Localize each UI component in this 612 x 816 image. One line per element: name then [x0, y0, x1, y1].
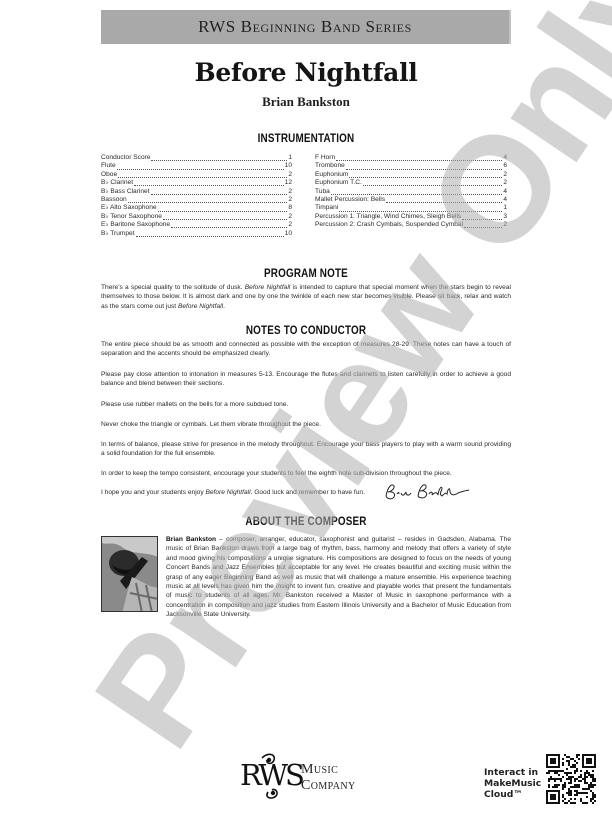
instrument-row: Euphonium T.C.2 [315, 179, 507, 187]
instrument-row: Trombone6 [315, 162, 507, 170]
leader-dots [331, 189, 503, 195]
part-count: 1 [503, 204, 507, 212]
instrument-name: Conductor Score [101, 154, 150, 162]
conductor-note-4: Never choke the triangle or cymbals. Let… [101, 420, 511, 429]
leader-dots [118, 172, 287, 178]
part-count: 2 [288, 221, 292, 229]
leader-dots [346, 164, 503, 170]
leader-dots [136, 231, 284, 237]
instrument-row: B♭ Clarinet12 [101, 179, 292, 187]
instrument-name: Trombone [315, 162, 345, 170]
instrument-row: Mallet Percussion: Bells4 [315, 196, 507, 204]
instrument-row: Percussion 1: Triangle, Wind Chimes, Sle… [315, 213, 507, 221]
part-count: 2 [288, 196, 292, 204]
part-count: 1 [288, 154, 292, 162]
instrument-row: B♭ Tenor Saxophone2 [101, 213, 292, 221]
series-banner: RWS Beginning Band Series [101, 10, 511, 44]
leader-dots [151, 189, 288, 195]
part-count: 2 [288, 171, 292, 179]
conductor-note-2: Please pay close attention to intonation… [101, 370, 511, 389]
logo-mark: RWS [240, 758, 302, 792]
leader-dots [363, 180, 503, 186]
logo-text-music: Music [301, 762, 338, 778]
part-count: 4 [503, 196, 507, 204]
instrumentation-list-left: Conductor Score1Flute10Oboe2B♭ Clarinet1… [101, 154, 292, 238]
part-count: 2 [503, 171, 507, 179]
score-page: RWS Beginning Band Series Before Nightfa… [0, 0, 612, 816]
instrument-name: B♭ Trumpet [101, 230, 135, 238]
part-count: 2 [288, 188, 292, 196]
leader-dots [171, 222, 287, 228]
leader-dots [134, 180, 284, 186]
instrument-row: Percussion 2: Crash Cymbals, Suspended C… [315, 221, 507, 229]
program-note-text: There's a special quality to the solitud… [101, 283, 511, 311]
instrument-name: Euphonium T.C. [315, 179, 362, 187]
part-count: 3 [503, 213, 507, 221]
instrument-row: B♭ Trumpet10 [101, 230, 292, 238]
part-count: 4 [503, 188, 507, 196]
leader-dots [462, 214, 502, 220]
leader-dots [163, 214, 287, 220]
instrument-row: Euphonium2 [315, 171, 507, 179]
instrumentation-heading: INSTRUMENTATION [43, 133, 569, 145]
instrument-name: Timpani [315, 204, 338, 212]
conductor-note-3: Please use rubber mallets on the bells f… [101, 400, 511, 409]
part-count: 8 [288, 204, 292, 212]
instrument-name: Mallet Percussion: Bells [315, 196, 385, 204]
leader-dots [349, 172, 502, 178]
instrument-row: Timpani1 [315, 204, 507, 212]
about-composer-heading: ABOUT THE COMPOSER [43, 516, 569, 528]
instrument-row: Conductor Score1 [101, 154, 292, 162]
leader-dots [158, 206, 288, 212]
part-count: 12 [285, 179, 292, 187]
leader-dots [117, 164, 284, 170]
conductor-note-5: In terms of balance, please strive for p… [101, 440, 511, 459]
instrument-name: Percussion 1: Triangle, Wind Chimes, Sle… [315, 213, 461, 221]
logo-text-company: Company [301, 778, 356, 794]
conductor-note-1: The entire piece should be as smooth and… [101, 340, 511, 359]
part-count: 2 [503, 179, 507, 187]
leader-dots [336, 155, 502, 161]
conductor-note-6: In order to keep the tempo consistent, e… [101, 469, 511, 478]
part-count: 10 [285, 162, 292, 170]
instrument-name: B♭ Clarinet [101, 179, 133, 187]
leader-dots [386, 197, 502, 203]
instrument-name: B♭ Bass Clarinet [101, 188, 150, 196]
instrument-row: F Horn4 [315, 154, 507, 162]
part-count: 2 [503, 221, 507, 229]
instrument-row: E♭ Baritone Saxophone2 [101, 221, 292, 229]
composer-name: Brian Bankston [0, 94, 612, 110]
series-title: RWS Beginning Band Series [198, 17, 412, 37]
instrument-name: Tuba [315, 188, 330, 196]
part-count: 10 [285, 230, 292, 238]
instrument-name: E♭ Baritone Saxophone [101, 221, 170, 229]
part-count: 4 [503, 154, 507, 162]
conductor-closing: I hope you and your students enjoy Befor… [101, 488, 381, 497]
qr-code-icon[interactable] [546, 754, 596, 804]
instrument-name: B♭ Tenor Saxophone [101, 213, 162, 221]
instrument-name: F Horn [315, 154, 335, 162]
instrument-name: Flute [101, 162, 116, 170]
instrument-row: Oboe2 [101, 171, 292, 179]
piece-title: Before Nightfall [0, 58, 612, 87]
instrumentation-list-right: F Horn4Trombone6Euphonium2Euphonium T.C.… [315, 154, 507, 230]
part-count: 2 [288, 213, 292, 221]
leader-dots [339, 206, 502, 212]
notes-to-conductor-heading: NOTES TO CONDUCTOR [43, 325, 569, 337]
instrument-name: Oboe [101, 171, 117, 179]
program-note-heading: PROGRAM NOTE [43, 268, 569, 280]
leader-dots [151, 155, 287, 161]
leader-dots [464, 222, 502, 228]
leader-dots [128, 197, 288, 203]
part-count: 6 [503, 162, 507, 170]
composer-bio: Brian Bankston – composer, arranger, edu… [166, 535, 511, 620]
rws-music-company-logo: RWS Music Company [240, 752, 390, 802]
instrument-row: Tuba4 [315, 188, 507, 196]
composer-photo [101, 536, 158, 612]
instrument-name: Percussion 2: Crash Cymbals, Suspended C… [315, 221, 463, 229]
instrument-row: E♭ Alto Saxophone8 [101, 204, 292, 212]
instrument-name: Bassoon [101, 196, 127, 204]
instrument-row: B♭ Bass Clarinet2 [101, 188, 292, 196]
instrument-row: Flute10 [101, 162, 292, 170]
instrument-name: Euphonium [315, 171, 348, 179]
instrument-row: Bassoon2 [101, 196, 292, 204]
composer-signature [382, 480, 472, 504]
instrument-name: E♭ Alto Saxophone [101, 204, 157, 212]
makemusic-cloud-cta[interactable]: Interact in MakeMusic Cloud™ [484, 767, 554, 800]
